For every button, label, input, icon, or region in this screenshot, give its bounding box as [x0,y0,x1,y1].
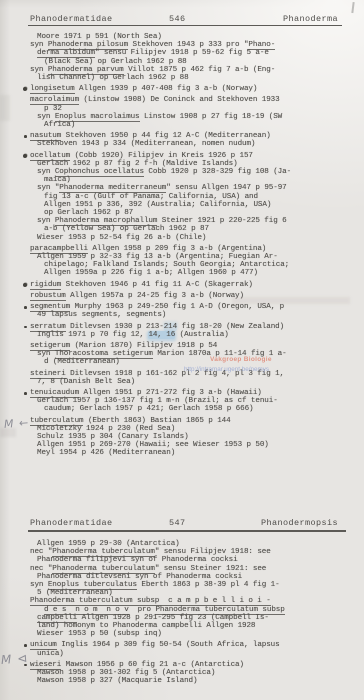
handwritten-margin-note: M ⊲ [1,651,29,667]
text-line: Africa) [44,121,291,129]
text-line: lish Channel) op Gerlach 1962 p 88 [37,74,291,82]
entry-marker-dot [24,644,27,647]
text-line: macrolaimum (Linstow 1908) De Coninck an… [30,96,291,104]
text-line: syn Cophonchus ocellatus Cobb 1920 p 328… [37,168,291,176]
text-line: Gerlach 1962 p 87 fig 2 f-h (Maldive Isl… [37,160,291,168]
text-line: p 32 [44,105,291,113]
entry-line: unicum Inglis 1964 p 309 fig 50-54 (Sout… [30,641,285,649]
entry-marker-dot [24,306,27,309]
header-family-name: Phanodermatidae [30,14,113,24]
text-line: Wieser 1953 p 50 (subsp inq) [37,630,285,638]
text-line: caudum; Gerlach 1957 p 421; Gerlach 1958… [44,405,291,413]
text-line: Stekhoven 1943 p 334 (Mediterranean, nom… [37,140,291,148]
header-family-name: Phanodermatidae [30,518,113,528]
page-547-body: Allgen 1959 p 29-30 (Antarctica)nec "Pha… [30,540,285,685]
text-line: Meyl 1954 p 426 (Mediterranean) [37,449,291,457]
text-line: 49 lapsus segments, segments) [37,311,291,319]
entry-marker-dot [24,135,27,138]
entry-marker-dot [24,326,27,329]
text-line: syn Enoplus tuberculatus Eberth 1863 p 3… [30,581,285,589]
underlined-species-name: longisetum [30,85,75,94]
entry-line: longisetum Allgen 1939 p 407-408 fig 3 a… [30,85,291,93]
text-line: d e s n o m n o v pro Phanoderma tubercu… [44,606,285,614]
text-line: derma albidum" sensu Filipjev 1918 p 59-… [37,49,291,57]
watermark-url-text: http://intramar.ugent.be/nemys [184,366,269,373]
header-genus-name: Phanodermopsis [261,518,338,528]
text-line: a-b (Yellow Sea) op Gerlach 1962 p 87 [44,225,291,233]
entry-marker-dot [23,154,27,158]
text-line: robustum Allgen 1957a p 24-25 fig 3 a-b … [30,292,291,300]
text-line: Mawson 1958 p 327 (Macquarie Island) [37,677,285,685]
text-line: syn "Phanoderma mediterraneum" sensu All… [37,184,291,192]
entry-marker-dot [23,283,27,287]
text-line: Micoletzky 1924 p 230 (Red Sea) [37,425,291,433]
page-546-body: Moore 1971 p 591 (North Sea)syn Phanoder… [30,33,291,458]
entry-line: ocellatum (Cobb 1920) Filipjev in Kreis … [30,152,291,160]
watermark-stamp-text: Vakgroep Biologie [210,356,272,363]
header-rule [28,530,346,532]
header-rule [28,25,342,26]
text-line: tuberculatum (Eberth 1863) Bastian 1865 … [30,417,291,425]
text-line: Allgen 1959 p 29-30 (Antarctica) [37,540,285,548]
handwritten-margin-note: M ← [4,416,30,431]
page-547-header: Phanodermatidae 547 Phanodermopsis [0,518,364,530]
text-line: Schulz 1935 p 304 (Canary Islands) [37,433,291,441]
text-line: campbelli Allgen 1928 p 291-295 fig 23 (… [37,614,285,622]
underlined-species-name: robustum [30,292,66,301]
text-line: syn Enoplus macrolaimus Linstow 1908 p 2… [37,113,291,121]
text-line: Allgen 1959a p 226 fig 1 a-b; Allgen 196… [44,269,291,277]
text-line: Phanoderma filipjevi syn of Phanoderma c… [37,556,285,564]
entry-line: tenuicaudum Allgen 1951 p 271-272 fig 3 … [30,389,291,397]
text-line: Inglis 1971 p 70 fig 12, 14, 16 (Austral… [37,331,291,339]
entry-marker-dot [24,392,27,395]
entry-line: serratum Ditlevsen 1930 p 213-214 fig 18… [30,323,291,331]
text-line: land) homonym to Phanoderma campbelli Al… [37,622,285,630]
text-line: nec "Phanoderma tuberculatum" sensu Stei… [30,565,285,573]
text-line: paracampbelli Allgen 1958 p 209 fig 3 a-… [30,245,291,253]
text-line: setigerum (Marion 1870) Filipjev 1918 p … [30,342,291,350]
text-line: Phanoderma tuberculatum subsp c a m p b … [30,597,285,605]
entry-line: wieseri Mawson 1956 p 60 fig 21 a-c (Ant… [30,661,285,669]
text-line: Phanoderma ditlevseni syn of Phanoderma … [37,573,285,581]
text-line: Wieser 1953 p 52-54 fig 26 a-b (Chile) [37,234,291,242]
highlighter-mark: 14, 16 [148,331,175,339]
text-line: Moore 1971 p 591 (North Sea) [37,33,291,41]
header-page-number: 547 [169,518,186,528]
header-genus-name: Phanoderma [283,14,338,24]
text-line: Allgen 1951 p 336, 392 (Australia; Calif… [44,201,291,209]
text-line: 7, 8 (Danish Belt Sea) [37,378,291,386]
text-line: fig 13 a-c (Gulf of Panama; California, … [44,193,291,201]
highlighter-mark: 214 [164,323,177,331]
text-line: syn Phanoderma parvum Villot 1875 p 462 … [30,66,291,74]
underlined-species-name: rigidum [30,281,61,290]
entry-line: rigidum Stekhoven 1946 p 41 fig 11 A-C (… [30,281,291,289]
text-line: unica) [37,650,285,658]
text-line: (Black Sea) op Gerlach 1962 p 88 [44,58,291,66]
header-page-number: 546 [169,14,186,24]
